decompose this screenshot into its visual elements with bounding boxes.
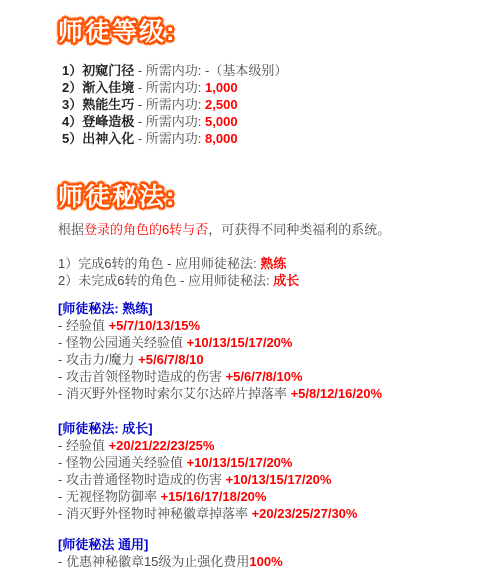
rule-row: 2）未完成6转的角色 - 应用师徒秘法: 成长 xyxy=(58,272,480,289)
benefit-value: +5/7/10/13/15% xyxy=(109,318,200,333)
level-row: 2）渐入佳境 - 所需内功: 1,000 xyxy=(62,79,480,96)
secret-rules: 1）完成6转的角色 - 应用师徒秘法: 熟练 2）未完成6转的角色 - 应用师徒… xyxy=(58,255,480,289)
benefit-row: - 消灭野外怪物时索尔艾尔达碎片掉落率 +5/8/12/16/20% xyxy=(58,385,480,402)
benefit-row: - 消灭野外怪物时神秘徽章掉落率 +20/23/25/27/30% xyxy=(58,505,480,522)
level-row: 1）初窥门径 - 所需内功: -（基本级别） xyxy=(62,62,480,79)
secret-section: 师徒秘法: xyxy=(58,177,480,213)
rule-value: 成长 xyxy=(273,273,299,288)
intro-highlight: 登录的角色的6转与否 xyxy=(84,222,208,237)
secret-intro: 根据登录的角色的6转与否，可获得不同种类福利的系统。 xyxy=(58,221,480,238)
levels-section-title: 师徒等级: xyxy=(58,12,176,48)
benefit-group-header: [师徒秘法 通用] xyxy=(58,536,480,553)
rule-value: 熟练 xyxy=(260,256,286,271)
benefit-value: +5/8/12/16/20% xyxy=(291,386,382,401)
level-list: 1）初窥门径 - 所需内功: -（基本级别） 2）渐入佳境 - 所需内功: 1,… xyxy=(62,62,480,147)
level-value: 2,500 xyxy=(205,97,238,112)
rule-row: 1）完成6转的角色 - 应用师徒秘法: 熟练 xyxy=(58,255,480,272)
benefit-group-header: [师徒秘法: 成长] xyxy=(58,420,480,437)
benefit-value: +10/13/15/17/20% xyxy=(187,455,293,470)
level-value: 5,000 xyxy=(205,114,238,129)
benefit-group-common: [师徒秘法 通用] - 优惠神秘徽章15级为止强化费用100% xyxy=(58,536,480,570)
benefit-value: +5/6/7/8/10 xyxy=(138,352,203,367)
level-value: 8,000 xyxy=(205,131,238,146)
benefit-group-header: [师徒秘法: 熟练] xyxy=(58,300,480,317)
secret-section-title: 师徒秘法: xyxy=(58,177,176,213)
level-value: 1,000 xyxy=(205,80,238,95)
benefit-value: +10/13/15/17/20% xyxy=(187,335,293,350)
benefit-row: - 无视怪物防御率 +15/16/17/18/20% xyxy=(58,488,480,505)
benefit-row: - 优惠神秘徽章15级为止强化费用100% xyxy=(58,553,480,570)
benefit-value: +5/6/7/8/10% xyxy=(226,369,303,384)
level-row: 5）出神入化 - 所需内功: 8,000 xyxy=(62,130,480,147)
benefit-value: +20/21/22/23/25% xyxy=(109,438,215,453)
benefit-row: - 怪物公园通关经验值 +10/13/15/17/20% xyxy=(58,334,480,351)
benefit-value: 100% xyxy=(249,554,282,569)
level-row: 4）登峰造极 - 所需内功: 5,000 xyxy=(62,113,480,130)
benefit-row: - 攻击普通怪物时造成的伤害 +10/13/15/17/20% xyxy=(58,471,480,488)
benefit-group-growth: [师徒秘法: 成长] - 经验值 +20/21/22/23/25% - 怪物公园… xyxy=(58,420,480,522)
benefit-row: - 攻击首领怪物时造成的伤害 +5/6/7/8/10% xyxy=(58,368,480,385)
level-row: 3）熟能生巧 - 所需内功: 2,500 xyxy=(62,96,480,113)
benefit-row: - 怪物公园通关经验值 +10/13/15/17/20% xyxy=(58,454,480,471)
benefit-group-mastery: [师徒秘法: 熟练] - 经验值 +5/7/10/13/15% - 怪物公园通关… xyxy=(58,300,480,402)
benefit-value: +20/23/25/27/30% xyxy=(252,506,358,521)
benefit-row: - 攻击力/魔力 +5/6/7/8/10 xyxy=(58,351,480,368)
levels-section: 师徒等级: xyxy=(58,12,480,48)
level-value: -（基本级别） xyxy=(205,63,287,78)
page: 师徒等级: 1）初窥门径 - 所需内功: -（基本级别） 2）渐入佳境 - 所需… xyxy=(0,0,500,570)
benefit-row: - 经验值 +20/21/22/23/25% xyxy=(58,437,480,454)
benefit-value: +15/16/17/18/20% xyxy=(161,489,267,504)
benefit-row: - 经验值 +5/7/10/13/15% xyxy=(58,317,480,334)
benefit-value: +10/13/15/17/20% xyxy=(226,472,332,487)
